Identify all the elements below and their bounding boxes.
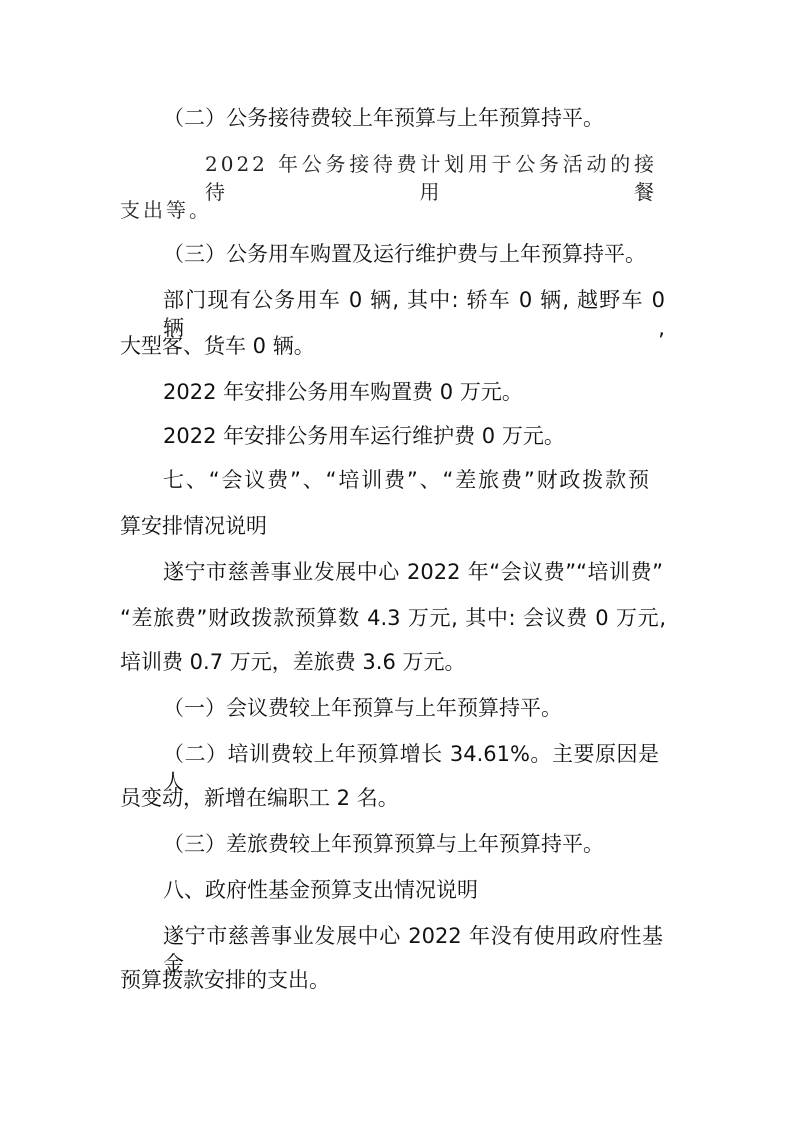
subsection-travel-fee: （三）差旅费较上年预算预算与上年预算持平。 xyxy=(163,830,604,858)
paragraph-vehicle-purchase-fee: 2022 年安排公务用车购置费 0 万元。 xyxy=(163,378,523,406)
section-eight-heading: 八、政府性基金预算支出情况说明 xyxy=(163,876,478,904)
paragraph-reception-fee-line-1: 2022 年公务接待费计划用于公务活动的接待用餐 xyxy=(205,150,657,206)
paragraph-vehicle-maintenance-fee: 2022 年安排公务用车运行维护费 0 万元。 xyxy=(163,422,565,450)
subsection-vehicle-fee-heading: （三）公务用车购置及运行维护费与上年预算持平。 xyxy=(163,240,646,268)
subsection-reception-fee-heading: （二）公务接待费较上年预算与上年预算持平。 xyxy=(163,104,604,132)
document-page: （二）公务接待费较上年预算与上年预算持平。 2022 年公务接待费计划用于公务活… xyxy=(0,0,794,1122)
subsection-meeting-fee: （一）会议费较上年预算与上年预算持平。 xyxy=(163,694,562,722)
section-seven-heading-line-1: 七、“会议费”、“培训费”、“差旅费”财政拨款预 xyxy=(163,466,649,494)
paragraph-three-fees-line-2: “差旅费”财政拨款预算数 4.3 万元, 其中: 会议费 0 万元, xyxy=(120,604,666,632)
paragraph-vehicles-line-2: 大型客、货车 0 辆。 xyxy=(120,332,315,360)
subsection-training-fee-line-2: 员变动，新增在编职工 2 名。 xyxy=(120,784,399,812)
paragraph-three-fees-line-3: 培训费 0.7 万元，差旅费 3.6 万元。 xyxy=(120,648,466,676)
section-seven-heading-line-2: 算安排情况说明 xyxy=(120,512,267,540)
paragraph-three-fees-line-1: 遂宁市慈善事业发展中心 2022 年“会议费”“培训费” xyxy=(163,558,663,586)
paragraph-government-fund-line-2: 预算拨款安排的支出。 xyxy=(120,966,330,994)
paragraph-reception-fee-line-2: 支出等。 xyxy=(120,196,212,224)
